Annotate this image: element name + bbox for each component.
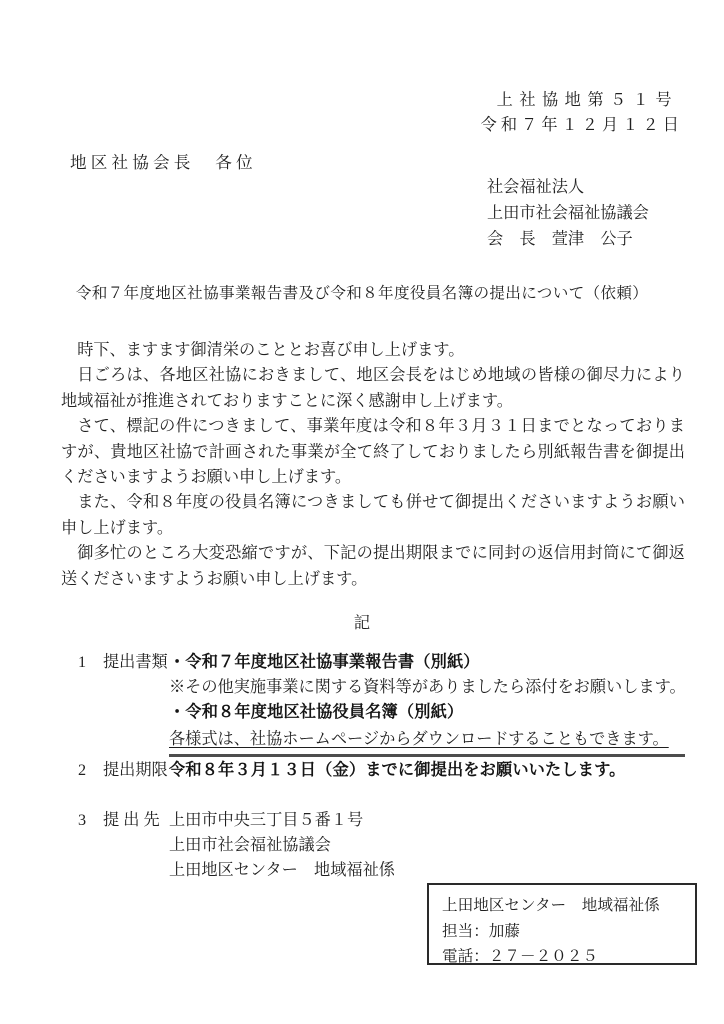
doc-number: 上社協地第５１号 [497,86,678,110]
sender-org-name: 上田市社会福祉協議会 [487,200,649,226]
contact-box: 上田地区センター 地域福祉係 担当：加藤 電話：２７－２０２５ [427,883,697,965]
sender-block: 社会福祉法人 上田市社会福祉協議会 会 長 萱津 公子 [487,174,649,253]
item-content: ・令和７年度地区社協事業報告書（別紙） ※その他実施事業に関する資料等がありまし… [169,650,709,757]
item-label: 提出期限 [103,758,169,783]
item-label: 提 出 先 [103,808,169,833]
item-line-note: ※その他実施事業に関する資料等がありましたら添付をお願いします。 [169,675,709,700]
item-content: 令和８年３月１３日（金）までに御提出をお願いいたします。 [169,758,709,783]
item-submission-deadline: 2 提出期限 令和８年３月１３日（金）までに御提出をお願いいたします。 [78,758,709,783]
item-number: 2 [78,758,103,783]
doc-title: 令和７年度地区社協事業報告書及び令和８年度役員名簿の提出について（依頼） [0,281,724,303]
item-line-download-note: 各様式は、社協ホームページからダウンロードすることもできます。 [169,727,709,757]
body-paragraph: 時下、ますます御清栄のこととお喜び申し上げます。 [61,338,685,363]
item-submission-documents: 1 提出書類 ・令和７年度地区社協事業報告書（別紙） ※その他実施事業に関する資… [78,650,709,757]
item-line-roster: ・令和８年度地区社協役員名簿（別紙） [169,700,709,725]
item-line-deadline: 令和８年３月１３日（金）までに御提出をお願いいたします。 [169,758,709,783]
sender-president: 会 長 萱津 公子 [487,226,649,252]
body-paragraph: 日ごろは、各地区社協におきまして、地区会長をはじめ地域の皆様の御尽力により地域福… [61,363,685,414]
body-paragraph: また、令和８年度の役員名簿につきましても併せて御提出くださいますようお願い申し上… [61,490,685,541]
sender-org-type: 社会福祉法人 [487,174,649,200]
item-label: 提出書類 [103,650,169,675]
contact-phone: 電話：２７－２０２５ [442,944,695,970]
document-page: 上社協地第５１号 令和７年１２月１２日 地区社協会長 各位 社会福祉法人 上田市… [0,0,724,1024]
contact-person: 担当：加藤 [442,919,695,945]
item-line-report: ・令和７年度地区社協事業報告書（別紙） [169,650,709,675]
item-line-org: 上田市社会福祉協議会 [169,833,709,858]
item-line-address: 上田市中央三丁目５番１号 [169,808,709,833]
doc-date: 令和７年１２月１２日 [481,111,683,135]
body-text: 時下、ますます御清栄のこととお喜び申し上げます。 日ごろは、各地区社協におきまし… [61,338,685,592]
body-paragraph: 御多忙のところ大変恐縮ですが、下記の提出期限までに同封の返信用封筒にて御返送くだ… [61,541,685,592]
item-content: 上田市中央三丁目５番１号 上田市社会福祉協議会 上田地区センター 地域福祉係 [169,808,709,884]
addressee: 地区社協会長 各位 [70,149,257,173]
item-submission-address: 3 提 出 先 上田市中央三丁目５番１号 上田市社会福祉協議会 上田地区センター… [78,808,709,884]
record-marker: 記 [0,609,724,633]
item-number: 1 [78,650,103,675]
body-paragraph: さて、標記の件につきまして、事業年度は令和８年３月３１日までとなっておりますが、… [61,414,685,490]
item-line-department: 上田地区センター 地域福祉係 [169,858,709,883]
item-number: 3 [78,808,103,833]
contact-department: 上田地区センター 地域福祉係 [442,893,695,919]
